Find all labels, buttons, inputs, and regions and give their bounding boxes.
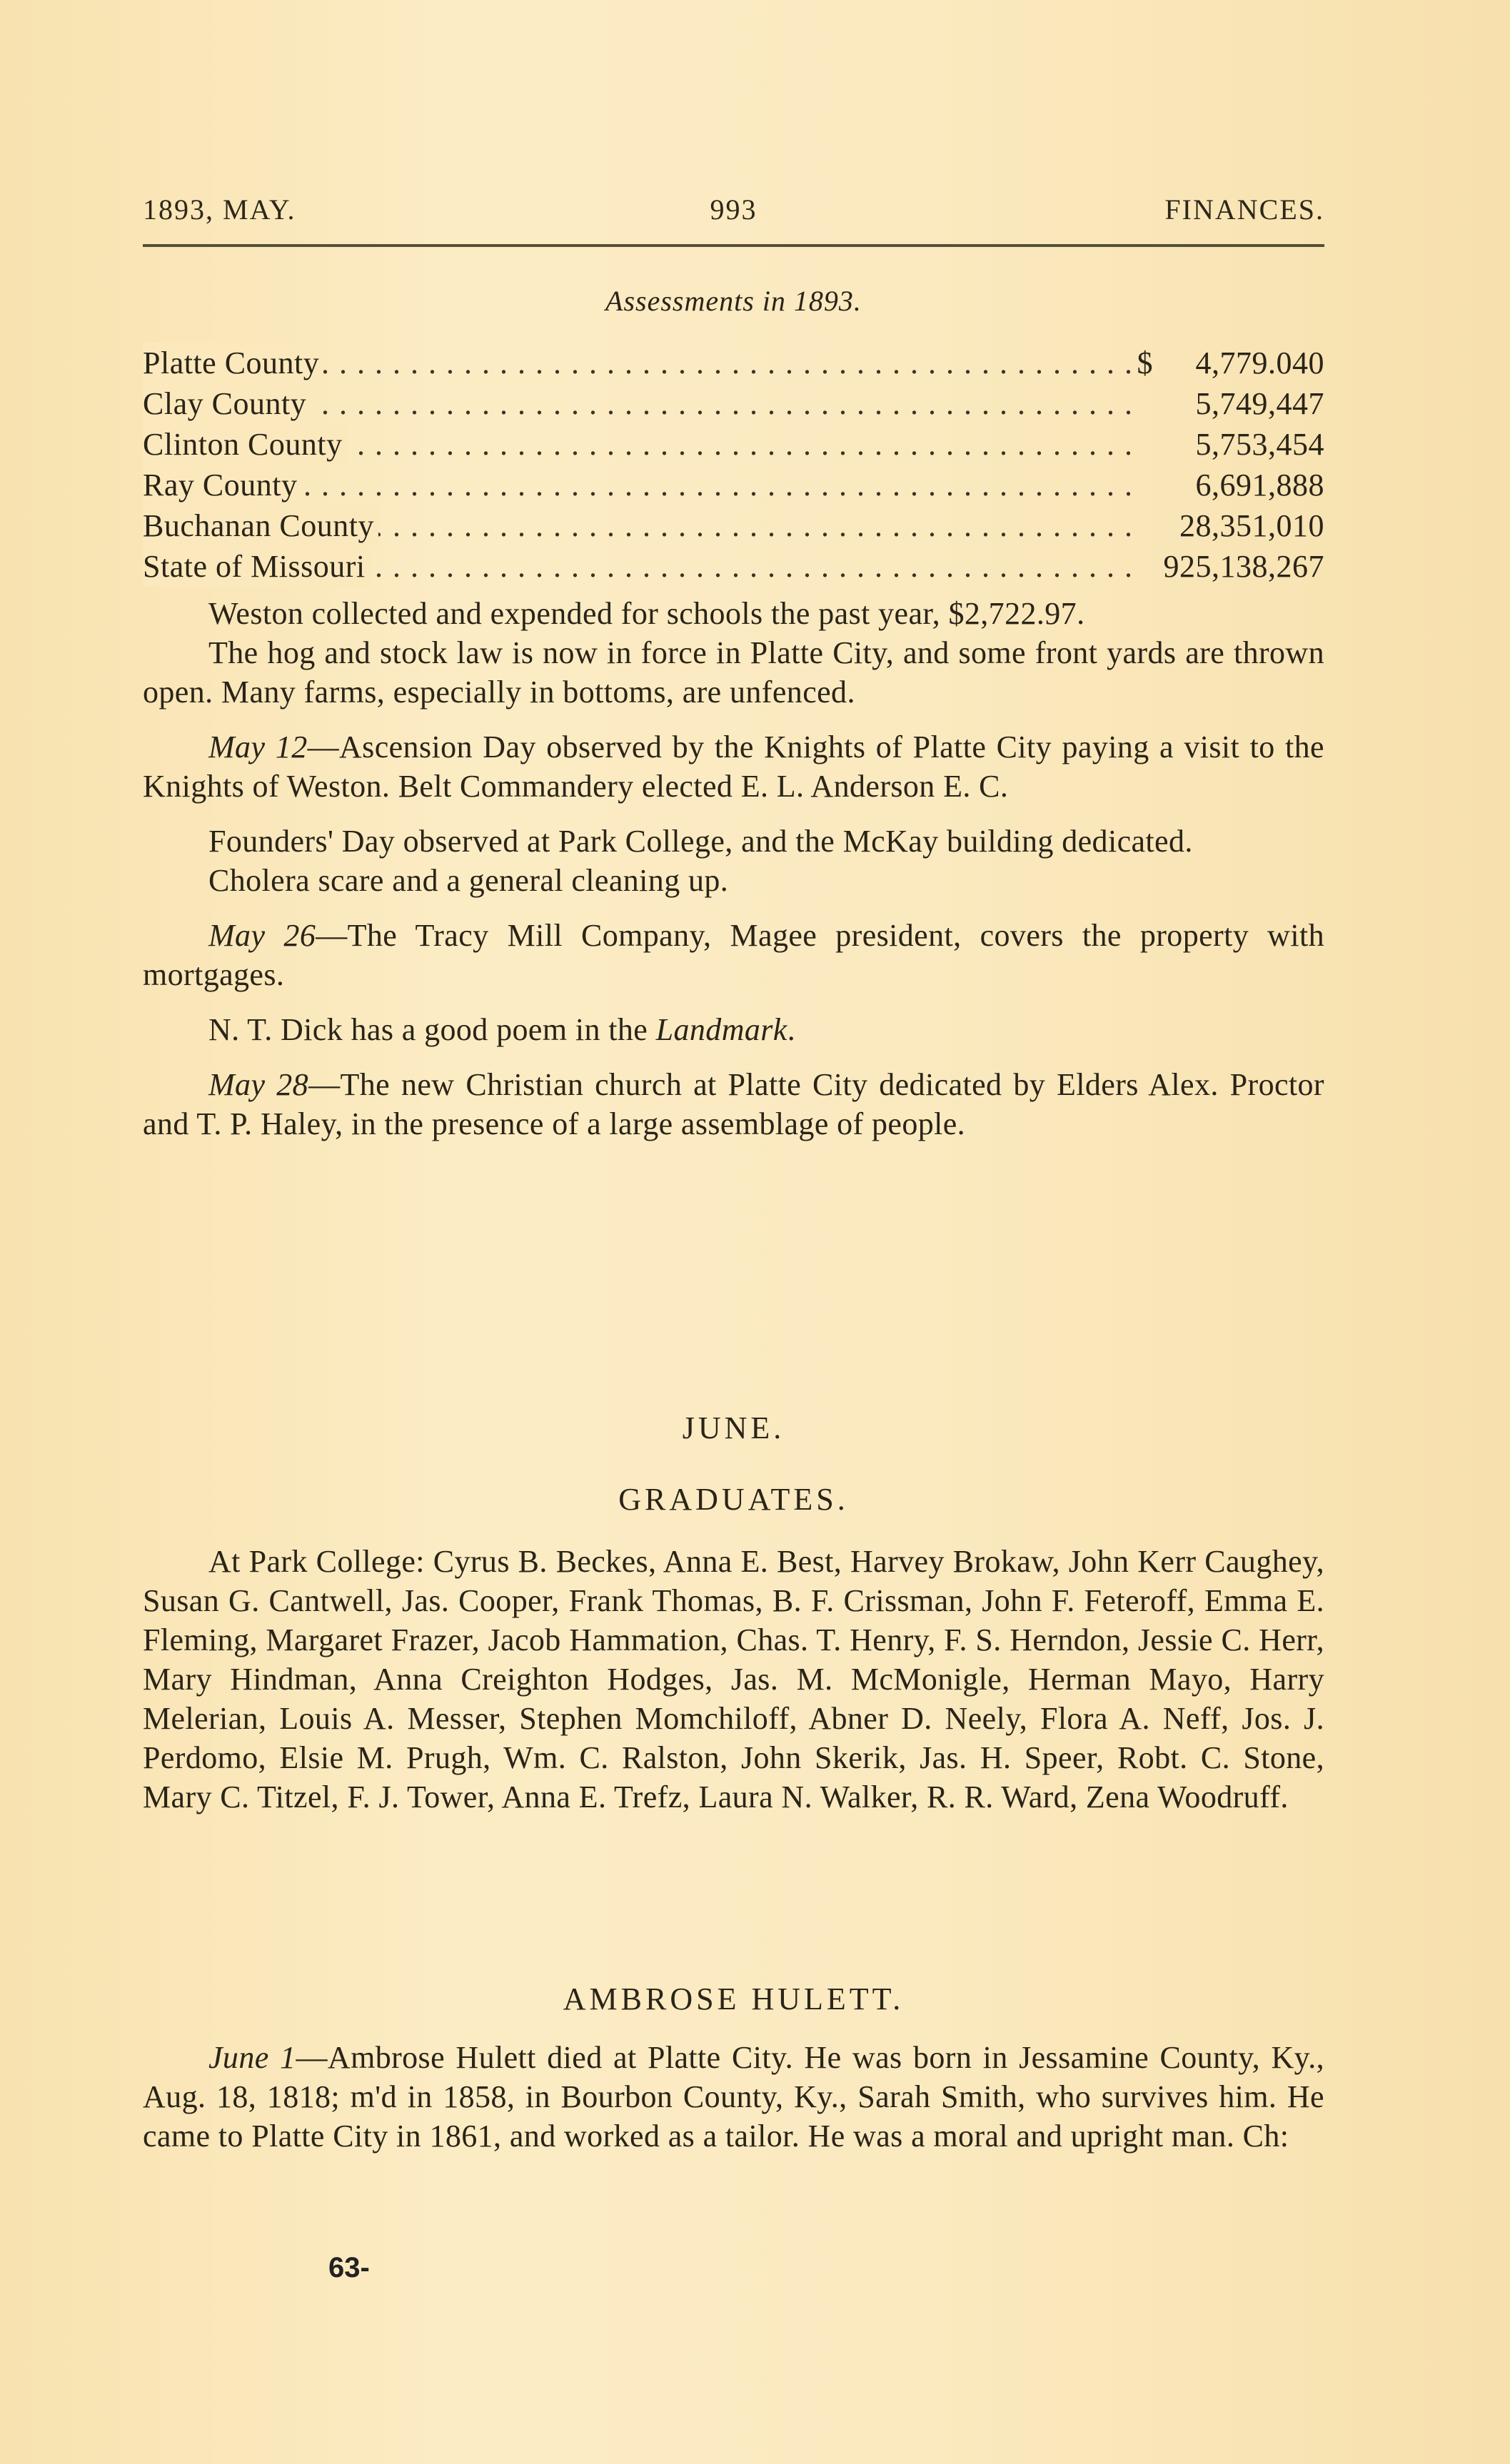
- assessment-row: ........................................…: [143, 505, 1324, 546]
- paragraph-stock-law: The hog and stock law is now in force in…: [143, 633, 1324, 712]
- assessment-value: 925,138,267: [1164, 546, 1325, 587]
- obituary-heading: AMBROSE HULETT.: [143, 1981, 1324, 2017]
- paragraph-may-28: May 28—The new Christian church at Platt…: [143, 1065, 1324, 1143]
- paragraph-may-12: May 12—Ascension Day observed by the Kni…: [143, 727, 1324, 806]
- paragraph-weston-schools: Weston collected and expended for school…: [143, 594, 1324, 633]
- assessments-title: Assessments in 1893.: [143, 284, 1324, 318]
- assessment-value: 4,779.040: [1196, 343, 1325, 383]
- paragraph-text: Weston collected and expended for school…: [208, 596, 1084, 631]
- paragraph-cholera: Cholera scare and a general cleaning up.: [143, 861, 1324, 900]
- assessment-value: 5,749,447: [1196, 383, 1325, 424]
- graduates-list: At Park College: Cyrus B. Beckes, Anna E…: [143, 1542, 1324, 1817]
- paragraph-text: At Park College: Cyrus B. Beckes, Anna E…: [143, 1544, 1324, 1814]
- paragraph-hulett: June 1—Ambrose Hulett died at Platte Cit…: [143, 2038, 1324, 2156]
- running-head-section: FINANCES.: [1164, 193, 1324, 226]
- assessment-label: State of Missouri: [143, 546, 370, 587]
- assessment-row: ........................................…: [143, 343, 1324, 383]
- entry-date: May 26: [208, 918, 316, 953]
- paragraph-text: —The Tracy Mill Company, Magee president…: [143, 918, 1324, 992]
- assessment-label: Ray County: [143, 465, 301, 505]
- publication-title: Landmark: [656, 1012, 787, 1047]
- assessment-label: Clay County: [143, 383, 311, 424]
- page-number: 993: [143, 193, 1324, 226]
- assessment-row: ........................................…: [143, 383, 1324, 424]
- entry-date: June 1: [208, 2040, 296, 2075]
- assessment-value: 6,691,888: [1196, 465, 1325, 505]
- assessment-row: ........................................…: [143, 546, 1324, 587]
- paragraph-text: Founders' Day observed at Park College, …: [208, 824, 1193, 859]
- month-heading-june: JUNE.: [143, 1410, 1324, 1446]
- paragraph-text: N. T. Dick has a good poem in the: [208, 1012, 656, 1047]
- graduates-heading: GRADUATES.: [143, 1481, 1324, 1518]
- currency-symbol: $: [1137, 343, 1154, 383]
- entry-date: May 28: [208, 1067, 308, 1102]
- running-head: 1893, MAY. 993 FINANCES.: [143, 193, 1324, 230]
- paragraph-text: —Ambrose Hulett died at Platte City. He …: [143, 2040, 1324, 2154]
- assessment-value: 28,351,010: [1179, 505, 1324, 546]
- may-entries: Weston collected and expended for school…: [143, 594, 1324, 1143]
- obituary: June 1—Ambrose Hulett died at Platte Cit…: [143, 2038, 1324, 2156]
- paragraph-text: .: [787, 1012, 795, 1047]
- paragraph-text: Cholera scare and a general cleaning up.: [208, 863, 728, 898]
- paragraph-text: —Ascension Day observed by the Knights o…: [143, 729, 1324, 804]
- assessment-row: ........................................…: [143, 424, 1324, 465]
- assessment-row: ........................................…: [143, 465, 1324, 505]
- assessment-value: 5,753,454: [1196, 424, 1325, 465]
- paragraph-nt-dick: N. T. Dick has a good poem in the Landma…: [143, 1010, 1324, 1049]
- assessments-table: ........................................…: [143, 343, 1324, 587]
- entry-date: May 12: [208, 729, 308, 764]
- signature-mark: 63-: [328, 2252, 370, 2284]
- assessment-label: Clinton County: [143, 424, 347, 465]
- paragraph-text: —The new Christian church at Platte City…: [143, 1067, 1324, 1141]
- paragraph-founders-day: Founders' Day observed at Park College, …: [143, 822, 1324, 861]
- assessment-label: Platte County: [143, 343, 323, 383]
- paragraph-may-26: May 26—The Tracy Mill Company, Magee pre…: [143, 916, 1324, 994]
- paragraph-text: The hog and stock law is now in force in…: [143, 635, 1324, 710]
- assessment-label: Buchanan County: [143, 505, 378, 546]
- paragraph-graduates: At Park College: Cyrus B. Beckes, Anna E…: [143, 1542, 1324, 1817]
- header-rule: [143, 244, 1324, 247]
